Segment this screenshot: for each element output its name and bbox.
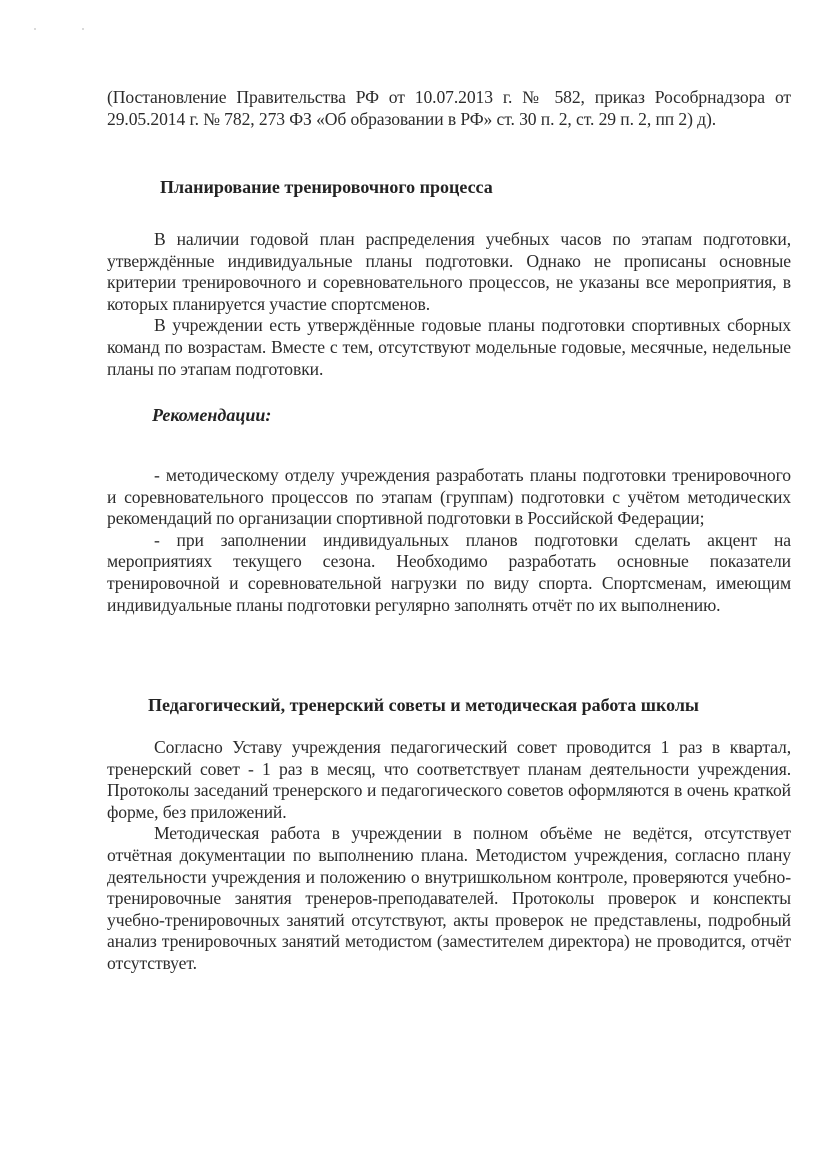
scan-speck (34, 28, 36, 30)
planning-section-body: В наличии годовой план распределения уче… (107, 229, 791, 380)
recommendation-item-1: - методическому отделу учреждения разраб… (107, 465, 791, 530)
planning-paragraph-2: В учреждении есть утверждённые годовые п… (107, 315, 791, 380)
intro-reference-text: (Постановление Правительства РФ от 10.07… (107, 87, 791, 130)
recommendations-list: - методическому отделу учреждения разраб… (107, 465, 791, 616)
section-heading-planning: Планирование тренировочного процесса (160, 176, 493, 198)
intro-reference-block: (Постановление Правительства РФ от 10.07… (107, 87, 791, 130)
councils-section-body: Согласно Уставу учреждения педагогически… (107, 737, 791, 975)
recommendation-item-2: - при заполнении индивидуальных планов п… (107, 530, 791, 616)
councils-paragraph-2: Методическая работа в учреждении в полно… (107, 823, 791, 974)
scan-speck (82, 28, 84, 30)
councils-paragraph-1: Согласно Уставу учреждения педагогически… (107, 737, 791, 823)
section-heading-councils: Педагогический, тренерский советы и мето… (148, 694, 699, 716)
planning-paragraph-1: В наличии годовой план распределения уче… (107, 229, 791, 315)
recommendations-heading: Рекомендации: (152, 404, 271, 426)
document-page: (Постановление Правительства РФ от 10.07… (0, 0, 827, 1168)
